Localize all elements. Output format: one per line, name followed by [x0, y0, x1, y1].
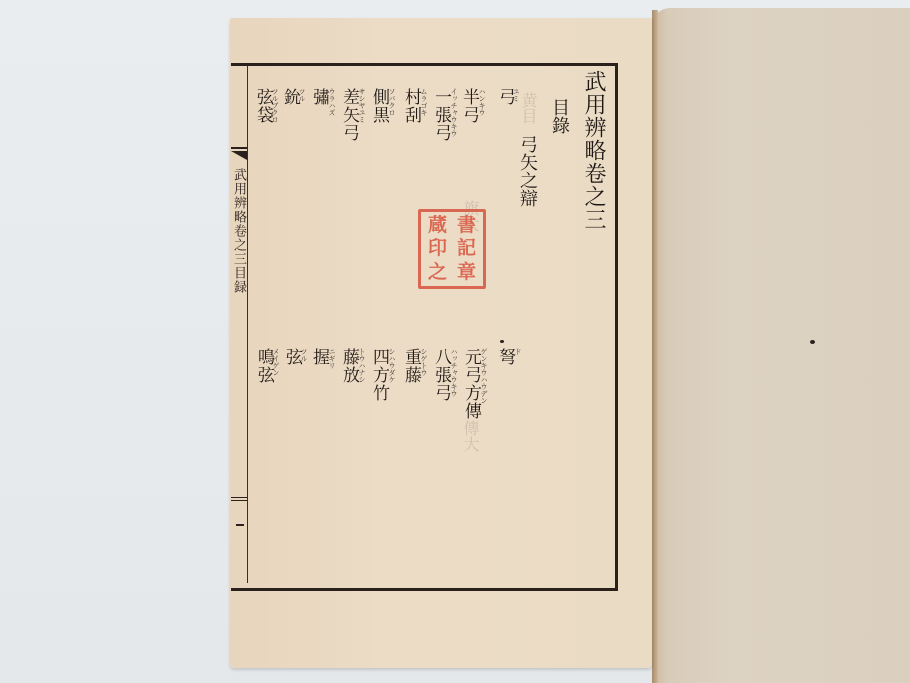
entry: 鳴弦 — [255, 348, 272, 384]
entry-ruby: イッチャウキウ — [450, 88, 457, 137]
entry: 一張弓 — [432, 88, 449, 142]
entry: 藤放 — [340, 348, 357, 384]
section-heading: 弓矢之辯 — [518, 135, 536, 207]
entry: 鈗 — [281, 88, 298, 106]
entry-ruby: ツルブクロ — [271, 88, 278, 123]
spine-title: 武用辨略卷之三目録 — [232, 168, 245, 294]
entry: 差矢弓 — [340, 88, 357, 142]
entry-ruby: ムラゴキ — [420, 88, 427, 116]
seal-char: 蔵 — [423, 214, 452, 237]
entry-ruby: シゲトウ — [420, 348, 427, 376]
entry: 四方竹 — [370, 348, 387, 402]
entry-ruby: ソバクロ — [388, 88, 395, 116]
section-label: 目錄 — [550, 98, 568, 134]
entry-ruby: ハンキウ — [478, 88, 485, 116]
right-page — [652, 8, 910, 683]
fishtail-line-lower-2 — [231, 500, 247, 501]
seal-char: 記 — [452, 237, 481, 260]
entry-ruby: ニギリ — [328, 348, 335, 369]
entry: 半弓 — [460, 88, 477, 124]
entry: 村刮 — [402, 88, 419, 124]
bleed-through-text: 黄目 — [520, 92, 536, 124]
entry-ruby: サシヤユミ — [358, 88, 365, 123]
right-page-gutter — [652, 10, 658, 683]
paper-speck — [810, 340, 815, 344]
entry-ruby: メイゲン — [272, 348, 279, 376]
entry: 握 — [310, 348, 327, 366]
entry: 重藤 — [402, 348, 419, 384]
entry: 八張弓 — [432, 348, 449, 402]
volume-title: 武用辨略卷之三 — [582, 70, 604, 231]
entry-ruby: ゲンキウハウデン — [480, 348, 487, 404]
page-frame-border — [231, 63, 618, 591]
entry-ruby: ハッチャウキウ — [450, 348, 457, 397]
seal-char: 印 — [423, 237, 452, 260]
entry: 弦 — [283, 348, 300, 366]
entry-ruby: ド — [514, 348, 521, 355]
entry: 彇 — [310, 88, 327, 106]
entry: 弩 — [496, 348, 513, 366]
entry-ruby: ユミ — [512, 88, 519, 102]
seal-char: 之 — [423, 261, 452, 284]
entry: 弦袋 — [254, 88, 271, 124]
entry-ruby: シハウダケ — [388, 348, 395, 383]
entry-ruby: トウハナシ — [358, 348, 365, 383]
entry-ruby: ウラハズ — [328, 88, 335, 116]
seal-char: 章 — [452, 261, 481, 284]
red-seal-stamp: 蔵 書 印 記 之 章 — [418, 209, 486, 289]
entry: 元弓方傳 — [462, 348, 479, 420]
fishtail-line — [231, 147, 247, 149]
entry-ruby: ツル — [298, 88, 305, 102]
entry-ruby: ツル — [300, 348, 307, 362]
entry: 弓 — [496, 88, 513, 106]
fishtail-line-lower — [231, 497, 247, 498]
entry: 側黒 — [370, 88, 387, 124]
page-number — [236, 524, 244, 526]
bleed-through-text: 傳大 — [462, 420, 478, 452]
punctuation-mark — [500, 340, 504, 343]
seal-char: 書 — [452, 214, 481, 237]
hanshin-column-line — [247, 66, 248, 583]
